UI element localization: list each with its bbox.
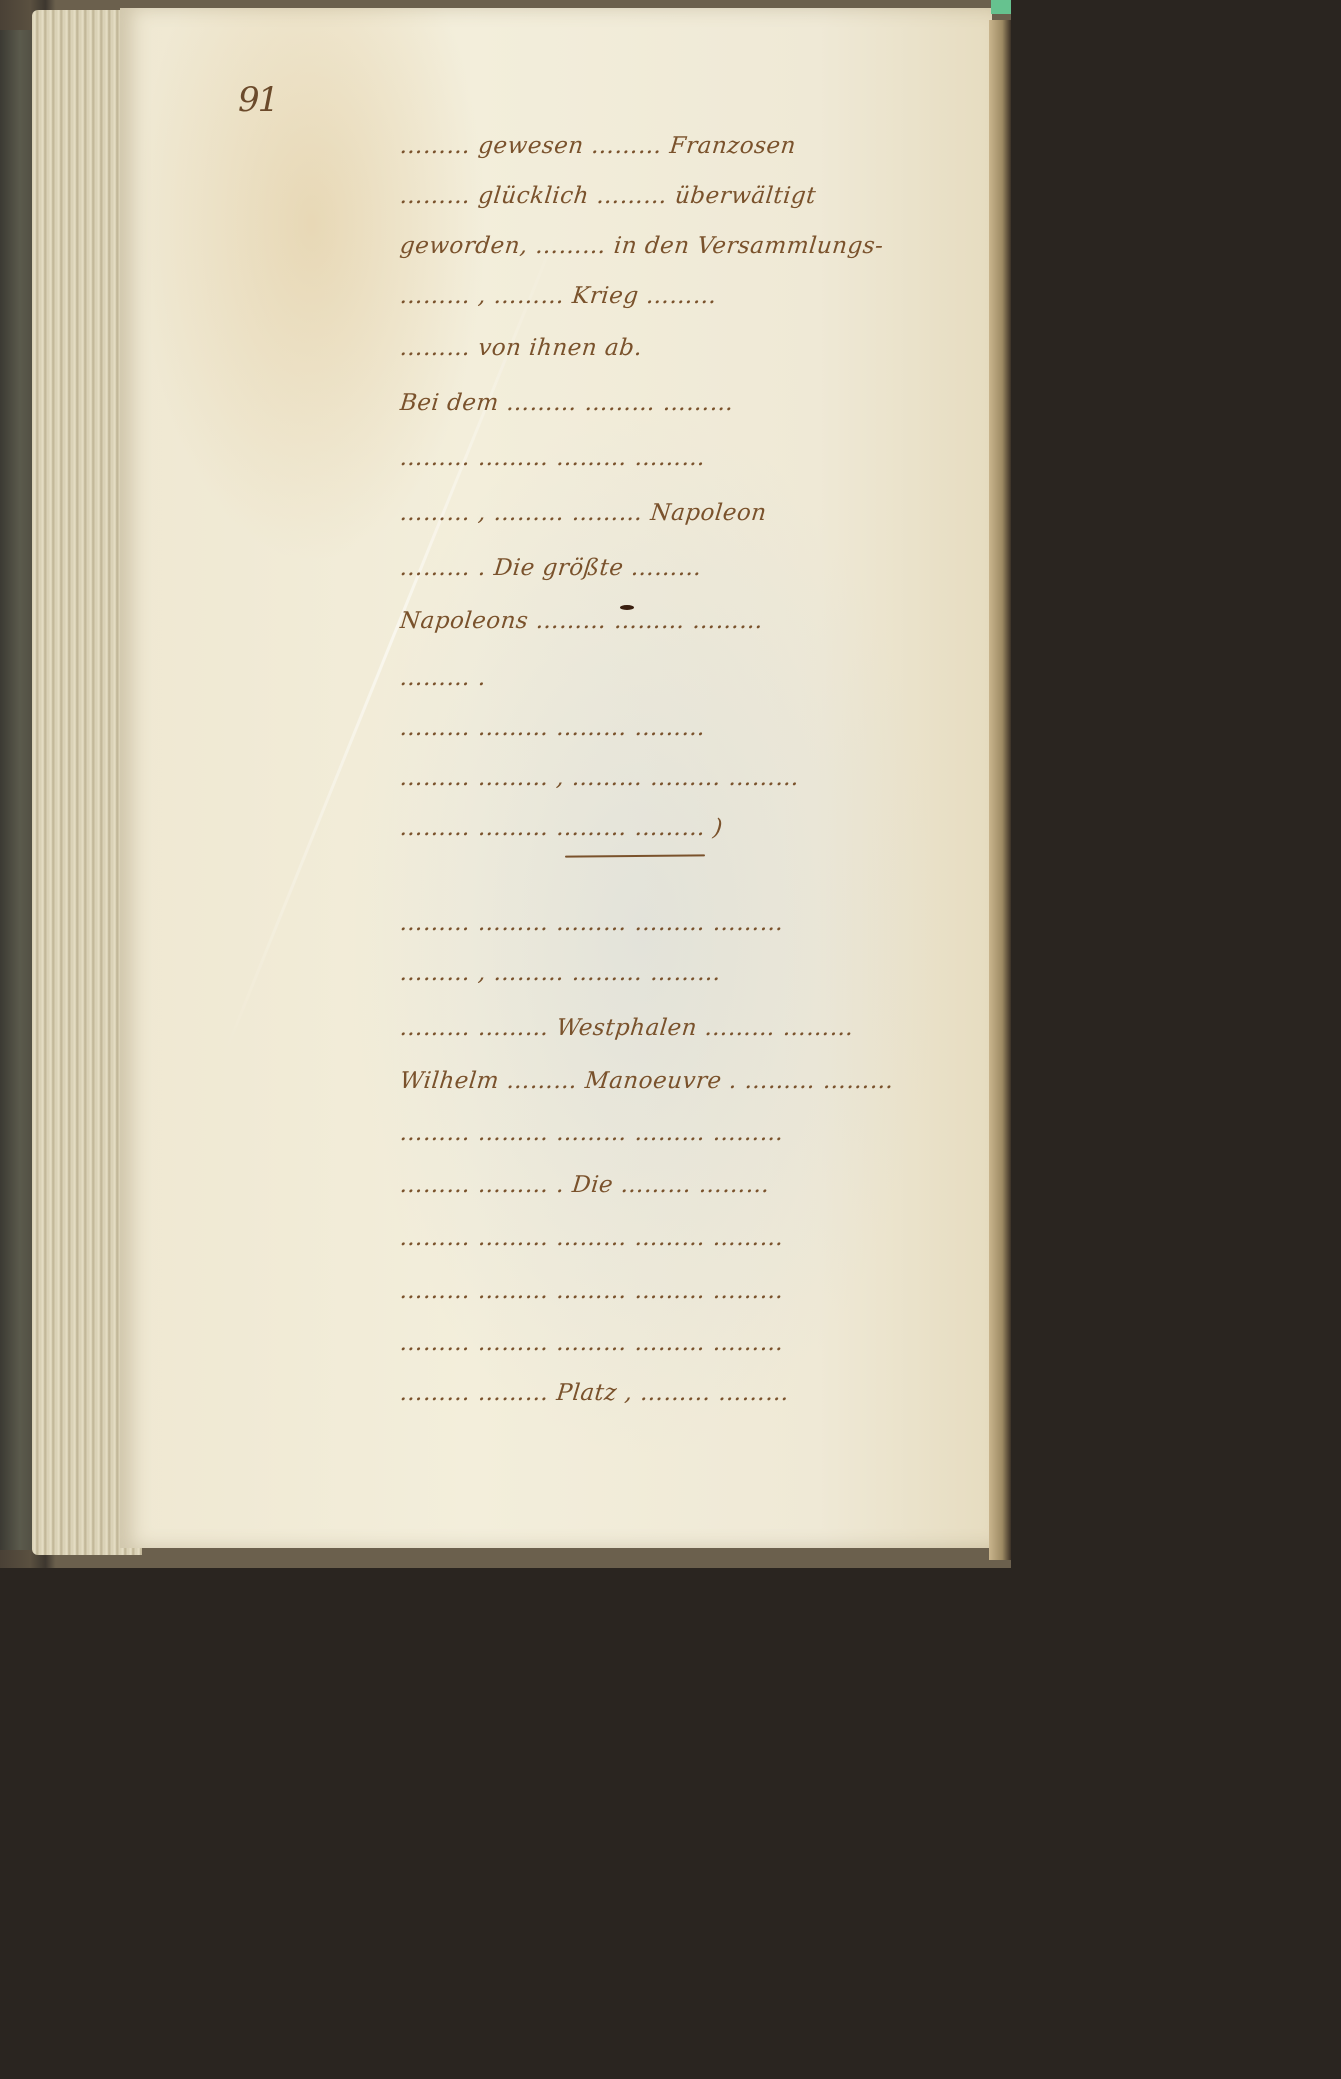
handwritten-line: ……… ……… , ……… ……… ……… <box>399 765 962 791</box>
handwritten-line: ……… gewesen ……… Franzosen <box>399 133 962 159</box>
handwritten-line: ……… ……… ……… ……… ……… <box>399 910 962 936</box>
handwritten-line: ……… ……… Westphalen ……… ……… <box>399 1015 962 1041</box>
handwritten-line: ……… , ……… ……… ……… <box>399 960 962 986</box>
handwritten-line: ……… ……… ……… ……… ……… <box>399 1330 962 1356</box>
handwritten-line: ……… . <box>399 665 962 691</box>
page-number: 91 <box>238 80 277 120</box>
color-marker-tab <box>991 0 1011 14</box>
handwritten-line: Bei dem ……… ……… ……… <box>399 390 962 416</box>
handwritten-line: ……… ……… ……… ……… ……… <box>399 1278 962 1304</box>
handwritten-line: ……… , ……… ……… Napoleon <box>399 500 962 526</box>
handwritten-line: ……… ……… Platz , ……… ……… <box>399 1380 962 1406</box>
handwritten-line: ……… . Die größte ……… <box>399 555 962 581</box>
ink-blot <box>620 605 634 610</box>
handwritten-line: ……… ……… ……… ……… <box>399 715 962 741</box>
handwritten-line: ……… glücklich ……… überwältigt <box>399 183 962 209</box>
handwritten-line: Napoleons ……… ……… ……… <box>399 608 962 634</box>
handwritten-line: ……… ……… ……… ……… <box>399 445 962 471</box>
handwritten-line: ……… , ……… Krieg ……… <box>399 283 962 309</box>
handwritten-line: ……… ……… ……… ……… ……… <box>399 1225 962 1251</box>
binding-gutter <box>989 20 1011 1560</box>
handwritten-line: Wilhelm ……… Manoeuvre . ……… ……… <box>399 1068 962 1094</box>
manuscript-scan: 91 ……… gewesen ……… Franzosen……… glücklic… <box>0 0 1011 1568</box>
handwritten-line: ……… von ihnen ab. <box>399 335 962 361</box>
handwritten-line: ……… ……… ……… ……… ) <box>399 815 962 841</box>
handwritten-line: geworden, ……… in den Versammlungs- <box>399 233 962 259</box>
handwritten-line: ……… ……… . Die ……… ……… <box>399 1172 962 1198</box>
handwritten-line: ……… ……… ……… ……… ……… <box>399 1120 962 1146</box>
